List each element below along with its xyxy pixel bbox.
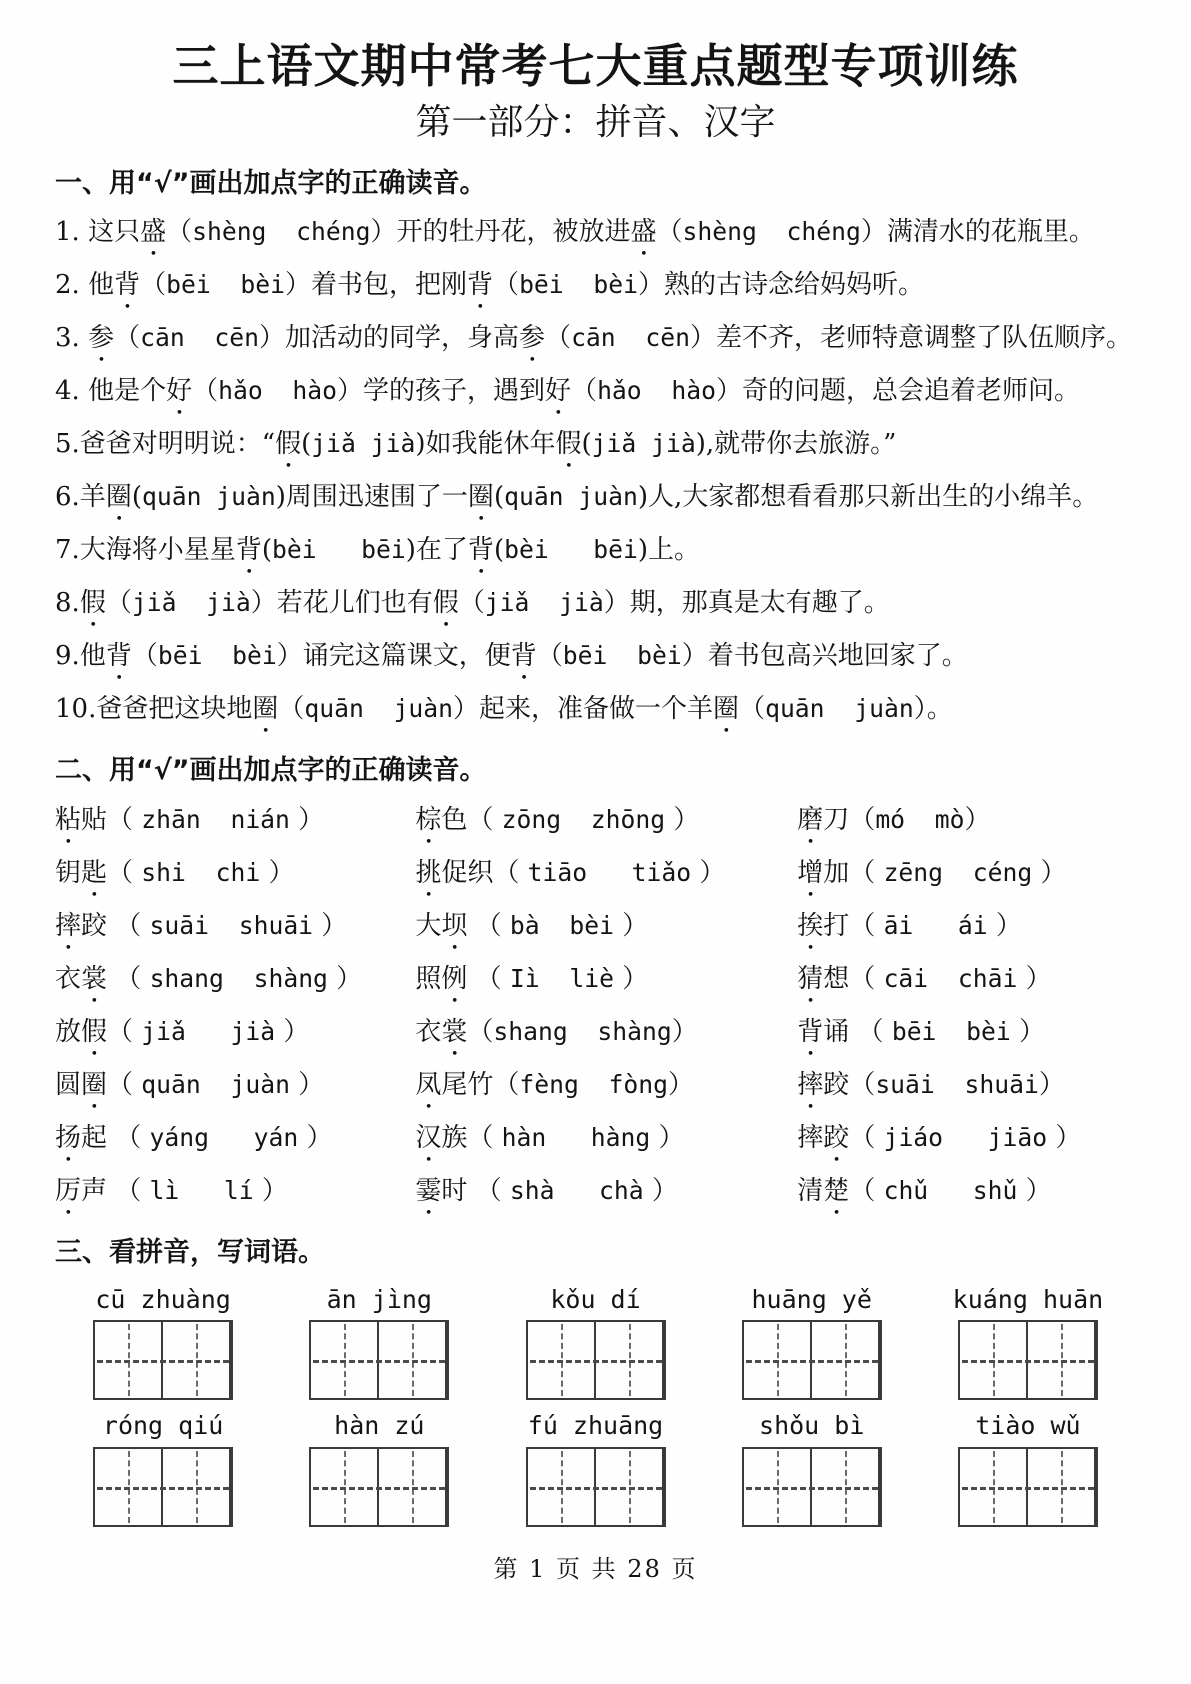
question-item: 9.他背（bēi bèi）诵完这篇课文，便背（bēi bèi）着书包高兴地回家了…	[55, 633, 1136, 686]
dotted-character: 匙	[81, 858, 107, 888]
word-entry: 磨刀（mó mò）	[797, 797, 1136, 850]
pinyin-text: jiǎ jià	[141, 1017, 275, 1046]
dotted-character: 猜	[797, 964, 823, 994]
grid-midline	[313, 1487, 445, 1490]
word-entry: 圆圈（ quān juàn ）	[55, 1062, 415, 1115]
word-entry: 背诵 （ bēi bèi ）	[797, 1009, 1136, 1062]
dotted-character: 增	[797, 858, 823, 888]
word-entry: 挨打（ āi ái ）	[797, 903, 1136, 956]
pinyin-label: huāng yě	[704, 1284, 920, 1317]
dotted-character: 例	[441, 964, 467, 994]
section1-items: 1. 这只盛（shèng chéng）开的牡丹花，被放进盛（shèng chén…	[55, 209, 1136, 739]
dotted-character: 霎	[415, 1176, 441, 1206]
dotted-character: 背	[511, 641, 537, 671]
dotted-character: 圈	[713, 694, 739, 724]
pinyin-text: chǔ shǔ	[884, 1176, 1018, 1205]
dotted-character: 圈	[252, 694, 278, 724]
pinyin-label: shǒu bì	[704, 1410, 920, 1443]
pinyin-text: āi ái	[884, 911, 988, 940]
dotted-character: 汉	[415, 1123, 441, 1153]
dotted-character: 假	[433, 588, 459, 618]
pinyin-text: bèi bēi	[504, 535, 638, 564]
writing-grid-column	[487, 1320, 703, 1400]
section3-pinyin-writing: cū zhuàngān jìngkǒu díhuāng yěkuáng huān…	[55, 1284, 1136, 1527]
dotted-character: 磨	[797, 805, 823, 835]
dotted-character: 好	[166, 376, 192, 406]
grid-midline	[97, 1487, 229, 1490]
pinyin-label: hàn zú	[271, 1410, 487, 1443]
dotted-character: 假	[275, 429, 301, 459]
pinyin-text: zōng zhōng	[502, 805, 666, 834]
writing-grid-box	[309, 1447, 449, 1527]
pinyin-text: bēi bèi	[563, 641, 682, 670]
worksheet-page: 三上语文期中常考七大重点题型专项训练 第一部分：拼音、汉字 一、用“√”画出加点…	[0, 0, 1191, 1684]
pinyin-text: jiǎ jià	[311, 429, 415, 458]
word-entry: 钥匙（ shi chi ）	[55, 850, 415, 903]
pinyin-text: bēi bèi	[519, 270, 638, 299]
pinyin-text: Iì liè	[510, 964, 614, 993]
pinyin-label: ān jìng	[271, 1284, 487, 1317]
question-item: 3. 参（cān cēn）加活动的同学，身高参（cān cēn）差不齐，老师特意…	[55, 315, 1136, 368]
writing-grid-box	[93, 1447, 233, 1527]
word-entry: 凤尾竹（fèng fòng）	[415, 1062, 797, 1115]
dotted-character: 裳	[81, 964, 107, 994]
dotted-character: 粘	[55, 805, 81, 835]
writing-grid-box	[526, 1320, 666, 1400]
writing-grid-column	[920, 1447, 1136, 1527]
grid-midline	[746, 1360, 878, 1363]
writing-grid-box	[958, 1447, 1098, 1527]
pinyin-text: shang shàng	[150, 964, 328, 993]
writing-grid-box	[309, 1320, 449, 1400]
word-entry: 增加（ zēng céng ）	[797, 850, 1136, 903]
dotted-character: 背	[797, 1017, 823, 1047]
dotted-character: 假	[81, 1017, 107, 1047]
dotted-character: 摔	[797, 1070, 823, 1100]
word-entry: 照例 （ Iì liè ）	[415, 956, 797, 1009]
dotted-character: 裳	[441, 1017, 467, 1047]
writing-grid-box	[742, 1320, 882, 1400]
pinyin-text: bēi bèi	[892, 1017, 1011, 1046]
grid-midline	[530, 1360, 662, 1363]
dotted-character: 厉	[55, 1176, 81, 1206]
pinyin-text: shèng chéng	[683, 217, 861, 246]
pinyin-text: cāi chāi	[884, 964, 1018, 993]
question-item: 1. 这只盛（shèng chéng）开的牡丹花，被放进盛（shèng chén…	[55, 209, 1136, 262]
dotted-character: 假	[555, 429, 581, 459]
pinyin-text: bēi bèi	[166, 270, 285, 299]
section2-heading: 二、用“√”画出加点字的正确读音。	[55, 749, 1136, 792]
dotted-character: 扬	[55, 1123, 81, 1153]
question-item: 4. 他是个好（hǎo hào）学的孩子，遇到好（hǎo hào）奇的问题，总会…	[55, 368, 1136, 421]
pinyin-label: tiào wǔ	[920, 1410, 1136, 1443]
page-number: 第 1 页 共 28 页	[55, 1549, 1136, 1584]
pinyin-label: cū zhuàng	[55, 1284, 271, 1317]
pinyin-text: shang shàng	[493, 1017, 671, 1046]
pinyin-label: kuáng huān	[920, 1284, 1136, 1317]
pinyin-text: tiāo tiǎo	[528, 858, 692, 887]
word-entry: 挑促织（ tiāo tiǎo ）	[415, 850, 797, 903]
writing-grid-box	[526, 1447, 666, 1527]
writing-grid-box	[93, 1320, 233, 1400]
writing-grid-column	[704, 1447, 920, 1527]
word-entry: 衣裳（shang shàng）	[415, 1009, 797, 1062]
dotted-character: 假	[80, 588, 106, 618]
pinyin-text: shi chi	[141, 858, 260, 887]
pinyin-label: fú zhuāng	[487, 1410, 703, 1443]
dotted-character: 楚	[823, 1176, 849, 1206]
word-entry: 汉族（ hàn hàng ）	[415, 1115, 797, 1168]
word-entry: 扬起 （ yáng yán ）	[55, 1115, 415, 1168]
page-subtitle: 第一部分：拼音、汉字	[55, 100, 1136, 147]
question-item: 2. 他背（bēi bèi）着书包，把刚背（bēi bèi）熟的古诗念给妈妈听。	[55, 262, 1136, 315]
pinyin-text: hǎo hào	[218, 376, 337, 405]
question-item: 10.爸爸把这块地圈（quān juàn）起来，准备做一个羊圈（quān juà…	[55, 686, 1136, 739]
word-entry: 摔跤（suāi shuāi）	[797, 1062, 1136, 1115]
section2-word-grid: 粘贴（ zhān nián ）棕色（ zōng zhōng ）磨刀（mó mò）…	[55, 797, 1136, 1221]
pinyin-text: hǎo hào	[597, 376, 716, 405]
pinyin-text: quān juàn	[504, 482, 638, 511]
pinyin-text: lì lí	[150, 1176, 254, 1205]
dotted-character: 圈	[81, 1070, 107, 1100]
writing-grid-row	[55, 1447, 1136, 1527]
dotted-character: 挨	[797, 911, 823, 941]
grid-midline	[962, 1487, 1094, 1490]
dotted-character: 背	[106, 641, 132, 671]
writing-grid-column	[487, 1447, 703, 1527]
dotted-character: 棕	[415, 805, 441, 835]
dotted-character: 挑	[415, 858, 441, 888]
writing-grid-column	[55, 1447, 271, 1527]
writing-grid-column	[55, 1320, 271, 1400]
word-entry: 衣裳 （ shang shàng ）	[55, 956, 415, 1009]
dotted-character: 坝	[441, 911, 467, 941]
pinyin-label: kǒu dí	[487, 1284, 703, 1317]
dotted-character: 好	[545, 376, 571, 406]
section3-heading: 三、看拼音，写词语。	[55, 1231, 1136, 1274]
pinyin-text: jiǎ jià	[592, 429, 696, 458]
question-item: 8.假（jiǎ jià）若花儿们也有假（jiǎ jià）期，那真是太有趣了。	[55, 580, 1136, 633]
dotted-character: 参	[519, 323, 545, 353]
word-entry: 霎时 （ shà chà ）	[415, 1168, 797, 1221]
word-entry: 摔跤 （ suāi shuāi ）	[55, 903, 415, 956]
pinyin-text: suāi shuāi	[150, 911, 314, 940]
dotted-character: 背	[114, 270, 140, 300]
word-entry: 大坝 （ bà bèi ）	[415, 903, 797, 956]
pinyin-label-row: róng qiúhàn zúfú zhuāngshǒu bìtiào wǔ	[55, 1410, 1136, 1443]
writing-grid-column	[704, 1320, 920, 1400]
grid-midline	[97, 1360, 229, 1363]
question-item: 5.爸爸对明明说：“假(jiǎ jià)如我能休年假(jiǎ jià),就带你去…	[55, 421, 1136, 474]
pinyin-text: bèi bēi	[272, 535, 406, 564]
word-entry: 猜想（ cāi chāi ）	[797, 956, 1136, 1009]
pinyin-text: shà chà	[510, 1176, 644, 1205]
pinyin-label-row: cū zhuàngān jìngkǒu díhuāng yěkuáng huān	[55, 1284, 1136, 1317]
writing-grid-box	[958, 1320, 1098, 1400]
grid-midline	[313, 1360, 445, 1363]
word-entry: 摔跤（ jiáo jiāo ）	[797, 1115, 1136, 1168]
section1-heading: 一、用“√”画出加点字的正确读音。	[55, 162, 1136, 205]
dotted-character: 凤	[415, 1070, 441, 1100]
pinyin-text: hàn hàng	[502, 1123, 651, 1152]
dotted-character: 跤	[823, 1123, 849, 1153]
question-item: 6.羊圈(quān juàn)周围迅速围了一圈(quān juàn)人,大家都想…	[55, 474, 1136, 527]
pinyin-text: mó mò	[875, 805, 964, 834]
dotted-character: 参	[88, 323, 114, 353]
writing-grid-column	[271, 1447, 487, 1527]
page-title: 三上语文期中常考七大重点题型专项训练	[55, 38, 1136, 96]
word-entry: 清楚（ chǔ shǔ ）	[797, 1168, 1136, 1221]
pinyin-text: zēng céng	[884, 858, 1033, 887]
pinyin-text: fèng fòng	[519, 1070, 668, 1099]
dotted-character: 背	[467, 270, 493, 300]
pinyin-text: jiǎ jià	[132, 588, 251, 617]
word-entry: 厉声 （ lì lí ）	[55, 1168, 415, 1221]
pinyin-text: bēi bèi	[158, 641, 277, 670]
pinyin-text: yáng yán	[150, 1123, 299, 1152]
pinyin-text: quān juàn	[142, 482, 276, 511]
word-entry: 粘贴（ zhān nián ）	[55, 797, 415, 850]
pinyin-text: jiǎ jià	[485, 588, 604, 617]
dotted-character: 圈	[106, 482, 132, 512]
pinyin-text: quān juàn	[765, 694, 914, 723]
dotted-character: 圈	[468, 482, 494, 512]
writing-grid-row	[55, 1320, 1136, 1400]
pinyin-text: jiáo jiāo	[884, 1123, 1048, 1152]
word-entry: 棕色（ zōng zhōng ）	[415, 797, 797, 850]
writing-grid-box	[742, 1447, 882, 1527]
pinyin-text: quān juàn	[304, 694, 453, 723]
word-entry: 放假（ jiǎ jià ）	[55, 1009, 415, 1062]
pinyin-label: róng qiú	[55, 1410, 271, 1443]
dotted-character: 盛	[630, 217, 656, 247]
question-item: 7.大海将小星星背(bèi bēi)在了背(bèi bēi)上。	[55, 527, 1136, 580]
pinyin-text: cān cēn	[140, 323, 259, 352]
pinyin-text: quān juàn	[141, 1070, 290, 1099]
pinyin-text: shèng chéng	[192, 217, 370, 246]
grid-midline	[962, 1360, 1094, 1363]
writing-grid-column	[920, 1320, 1136, 1400]
pinyin-text: suāi shuāi	[875, 1070, 1039, 1099]
pinyin-text: cān cēn	[571, 323, 690, 352]
pinyin-text: zhān nián	[141, 805, 290, 834]
pinyin-text: bà bèi	[510, 911, 614, 940]
dotted-character: 背	[236, 535, 262, 565]
writing-grid-column	[271, 1320, 487, 1400]
dotted-character: 背	[468, 535, 494, 565]
grid-midline	[530, 1487, 662, 1490]
dotted-character: 摔	[55, 911, 81, 941]
dotted-character: 盛	[140, 217, 166, 247]
grid-midline	[746, 1487, 878, 1490]
